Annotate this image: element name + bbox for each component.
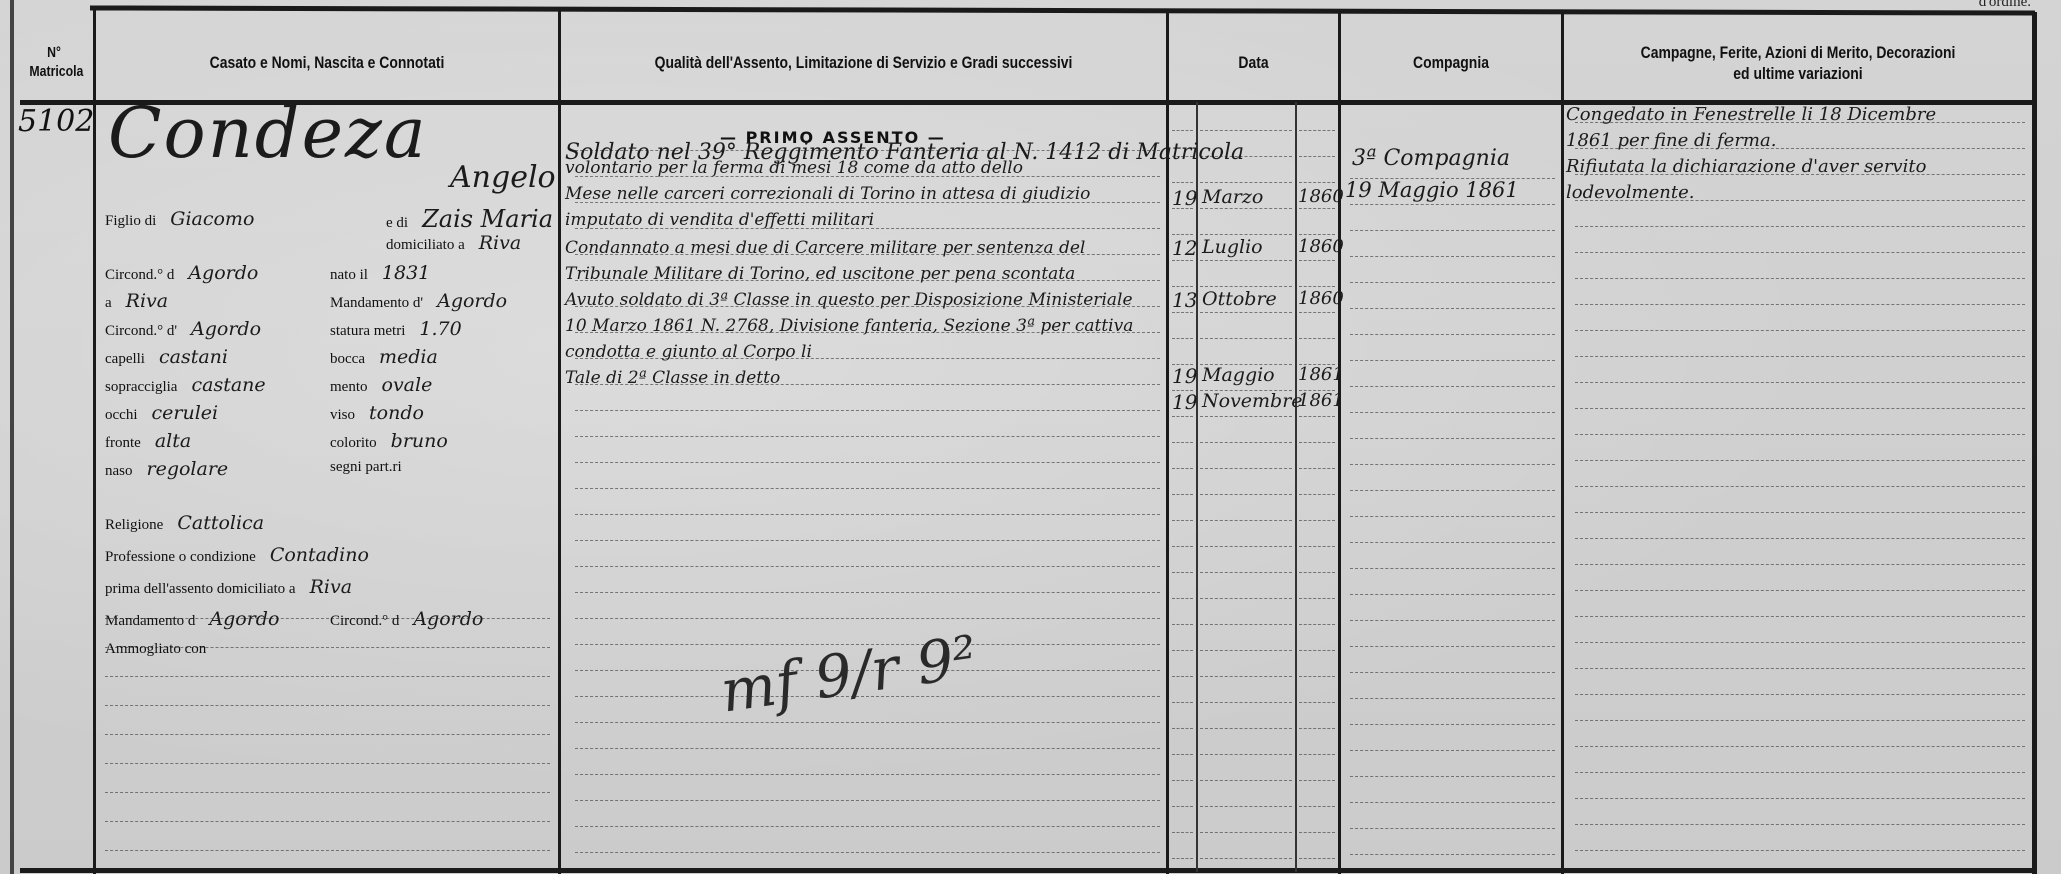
ruled-line xyxy=(1172,780,1193,782)
field-label: domiciliato a xyxy=(386,237,465,254)
ruled-line xyxy=(1172,754,1193,756)
ruled-line xyxy=(1350,542,1555,544)
ruled-line xyxy=(1200,208,1292,210)
ruled-line xyxy=(1172,598,1193,600)
ruled-line xyxy=(1350,256,1555,258)
col-divider-data xyxy=(1338,10,1341,874)
ruled-line xyxy=(1200,468,1292,470)
ruled-line xyxy=(575,540,1160,542)
ruled-line xyxy=(1575,772,2025,774)
qualita-line: Condannato a mesi due di Carcere militar… xyxy=(565,238,1085,258)
qualita-line: Tribunale Militare di Torino, ed usciton… xyxy=(565,264,1075,284)
personal-field: nasoregolare xyxy=(105,458,228,480)
ruled-line xyxy=(105,821,550,823)
ruled-line xyxy=(1350,230,1555,232)
ruled-line xyxy=(1299,572,1335,574)
ruled-line xyxy=(1200,832,1292,834)
ruled-line xyxy=(1350,646,1555,648)
date-year: 1860 xyxy=(1298,288,1344,309)
date-day: 19 xyxy=(1172,364,1197,388)
ruled-line xyxy=(1200,676,1292,678)
date-day: 19 xyxy=(1172,390,1197,414)
col-divider-matricola xyxy=(93,10,96,874)
ruled-line xyxy=(1575,356,2025,358)
top-note: d'ordine. xyxy=(1979,0,2031,11)
ruled-line xyxy=(105,850,550,852)
personal-field: segni part.ri xyxy=(330,458,416,476)
ruled-line xyxy=(1575,616,2025,618)
field-label: naso xyxy=(105,463,133,480)
ruled-line xyxy=(1575,408,2025,410)
ruled-line xyxy=(1172,650,1193,652)
ruled-line xyxy=(575,852,1160,854)
ruled-line xyxy=(1172,416,1193,418)
compagnia-line-1: 3ª Compagnia xyxy=(1352,146,1510,171)
date-day: 13 xyxy=(1172,288,1197,312)
compagnia-line-2: 19 Maggio 1861 xyxy=(1345,178,1519,202)
personal-field: ReligioneCattolica xyxy=(105,512,264,534)
ruled-line xyxy=(1172,494,1193,496)
ruled-line xyxy=(1575,694,2025,696)
field-label: prima dell'assento domiciliato a xyxy=(105,581,296,598)
date-day: 19 xyxy=(1172,186,1197,210)
ruled-line xyxy=(1200,780,1292,782)
ruled-line xyxy=(105,734,550,736)
ruled-line xyxy=(1575,720,2025,722)
ruled-line xyxy=(1350,594,1555,596)
field-label: occhi xyxy=(105,407,137,424)
ruled-line xyxy=(1299,442,1335,444)
date-month: Luglio xyxy=(1202,236,1263,258)
field-value: Cattolica xyxy=(177,512,264,534)
field-label: Figlio di xyxy=(105,213,156,230)
ruled-line xyxy=(1200,182,1292,184)
ruled-line xyxy=(105,792,550,794)
ruled-line xyxy=(1350,698,1555,700)
ruled-line xyxy=(1200,520,1292,522)
field-value: castane xyxy=(191,374,265,396)
field-value: ovale xyxy=(382,374,433,396)
ruled-line xyxy=(1172,624,1193,626)
ruled-line xyxy=(105,763,550,765)
ruled-line xyxy=(1200,130,1292,132)
ruled-line xyxy=(1575,746,2025,748)
ruled-line xyxy=(1575,668,2025,670)
ruled-line xyxy=(575,800,1160,802)
first-name: Angelo xyxy=(450,160,556,195)
ruled-line xyxy=(1350,386,1555,388)
campagne-line: 1861 per fine di ferma. xyxy=(1566,130,1776,151)
field-value: media xyxy=(379,346,438,368)
personal-field: Professione o condizioneContadino xyxy=(105,544,369,566)
personal-field: Circond.° dAgordo xyxy=(330,608,483,630)
ruled-line xyxy=(1350,516,1555,518)
ruled-line xyxy=(1575,798,2025,800)
field-value: Contadino xyxy=(270,544,369,566)
personal-field: statura metri1.70 xyxy=(330,318,462,340)
ruled-line xyxy=(1200,702,1292,704)
ruled-line xyxy=(1172,130,1193,132)
ruled-line xyxy=(1350,204,1555,206)
ruled-line xyxy=(1350,490,1555,492)
field-value: Riva xyxy=(310,576,352,598)
ruled-line xyxy=(1200,650,1292,652)
ruled-line xyxy=(1350,854,1555,856)
campagne-line: Congedato in Fenestrelle li 18 Dicembre xyxy=(1566,104,1936,125)
ruled-line xyxy=(1350,828,1555,830)
ruled-line xyxy=(1575,486,2025,488)
ruled-line xyxy=(1299,702,1335,704)
ruled-line xyxy=(1200,494,1292,496)
field-label: Ammogliato con xyxy=(105,641,206,658)
personal-field: coloritobruno xyxy=(330,430,448,452)
field-value: Agordo xyxy=(209,608,279,630)
field-value: Giacomo xyxy=(170,208,254,230)
ruled-line xyxy=(1575,434,2025,436)
qualita-line: Mese nelle carceri correzionali di Torin… xyxy=(565,184,1090,204)
ruled-line xyxy=(1172,546,1193,548)
ruled-line xyxy=(1575,512,2025,514)
ruled-line xyxy=(1299,780,1335,782)
col-divider-compagnia xyxy=(1561,10,1564,874)
personal-field: domiciliato aRiva xyxy=(386,232,521,254)
ruled-line xyxy=(1575,590,2025,592)
ruled-line xyxy=(1575,304,2025,306)
personal-field: capellicastani xyxy=(105,346,228,368)
ruled-line xyxy=(1350,308,1555,310)
ruled-line xyxy=(105,705,550,707)
date-year: 1861 xyxy=(1298,364,1344,385)
col-divider-data-day xyxy=(1196,102,1198,872)
ruled-line xyxy=(575,618,1160,620)
personal-field: Figlio diGiacomo xyxy=(105,208,254,230)
ruled-line xyxy=(1350,672,1555,674)
field-value: Riva xyxy=(126,290,168,312)
bottom-border xyxy=(20,868,2035,873)
ruled-line xyxy=(1200,572,1292,574)
ruled-line xyxy=(1299,130,1335,132)
field-label: mento xyxy=(330,379,368,396)
ruled-line xyxy=(1172,260,1193,262)
ruled-line xyxy=(1299,468,1335,470)
header-campagne: Campagne, Ferite, Azioni di Merito, Deco… xyxy=(1606,22,1990,104)
field-label: Mandamento d' xyxy=(330,295,423,312)
field-value: regolare xyxy=(147,458,229,480)
header-compagnia: Compagnia xyxy=(1361,22,1541,104)
ruled-line xyxy=(1575,850,2025,852)
header-matricola: N° Matricola xyxy=(21,22,87,104)
ruled-line xyxy=(575,462,1160,464)
personal-field: e diZais Maria xyxy=(386,205,553,233)
ruled-line xyxy=(1200,806,1292,808)
ruled-line xyxy=(1350,568,1555,570)
col-divider-casato xyxy=(558,10,561,874)
ruled-line xyxy=(1200,728,1292,730)
field-label: colorito xyxy=(330,435,377,452)
field-value: alta xyxy=(155,430,191,452)
ruled-line xyxy=(1350,776,1555,778)
ruled-line xyxy=(1172,858,1193,860)
ruled-line xyxy=(1299,598,1335,600)
date-year: 1860 xyxy=(1298,236,1344,257)
field-value: bruno xyxy=(391,430,448,452)
ruled-line xyxy=(575,410,1160,412)
field-label: Mandamento d xyxy=(105,613,195,630)
ruled-line xyxy=(1299,208,1335,210)
ruled-line xyxy=(1299,520,1335,522)
ruled-line xyxy=(1200,338,1292,340)
date-month: Novembre xyxy=(1202,390,1303,412)
ruled-line xyxy=(1350,282,1555,284)
date-day: 12 xyxy=(1172,236,1197,260)
personal-field: frontealta xyxy=(105,430,191,452)
ruled-line xyxy=(1200,416,1292,418)
qualita-line: Avuto soldato di 3ª Classe in questo per… xyxy=(565,290,1133,310)
personal-field: visotondo xyxy=(330,402,424,424)
ruled-line xyxy=(1299,832,1335,834)
field-value: Riva xyxy=(479,232,521,254)
field-label: segni part.ri xyxy=(330,459,402,476)
field-label: e di xyxy=(386,215,408,232)
field-label: Religione xyxy=(105,517,163,534)
field-label: bocca xyxy=(330,351,365,368)
ruled-line xyxy=(575,722,1160,724)
ruled-line xyxy=(1172,312,1193,314)
ruled-line xyxy=(1299,858,1335,860)
personal-field: Mandamento dAgordo xyxy=(105,608,279,630)
field-label: Circond.° d' xyxy=(105,323,177,340)
ruled-line xyxy=(1299,182,1335,184)
ruled-line xyxy=(1299,806,1335,808)
ruled-line xyxy=(1200,312,1292,314)
qualita-line: Tale di 2ª Classe in detto xyxy=(565,368,780,388)
ruled-line xyxy=(1575,824,2025,826)
field-label: capelli xyxy=(105,351,145,368)
ruled-line xyxy=(1299,624,1335,626)
ruled-line xyxy=(1575,278,2025,280)
field-value: castani xyxy=(159,346,228,368)
ruled-line xyxy=(575,436,1160,438)
qualita-line: condotta e giunto al Corpo li xyxy=(565,342,812,362)
ruled-line xyxy=(1350,750,1555,752)
ruled-line xyxy=(1350,620,1555,622)
qualita-line: 10 Marzo 1861 N. 2768, Divisione fanteri… xyxy=(565,316,1133,336)
ruled-line xyxy=(575,514,1160,516)
ruled-line xyxy=(105,676,550,678)
ruled-line xyxy=(1200,442,1292,444)
ruled-line xyxy=(1172,468,1193,470)
personal-field: prima dell'assento domiciliato aRiva xyxy=(105,576,352,598)
field-label: statura metri xyxy=(330,323,405,340)
header-data: Data xyxy=(1184,22,1323,104)
field-value: Agordo xyxy=(188,262,258,284)
header-qualita: Qualità dell'Assento, Limitazione di Ser… xyxy=(615,22,1111,104)
ruled-line xyxy=(1350,438,1555,440)
ruled-line xyxy=(1172,832,1193,834)
ruled-line xyxy=(575,748,1160,750)
ruled-line xyxy=(575,566,1160,568)
field-label: Circond.° d xyxy=(105,267,174,284)
field-value: 1831 xyxy=(382,262,430,284)
top-border xyxy=(90,5,2035,15)
field-value: tondo xyxy=(369,402,424,424)
ruled-line xyxy=(1299,416,1335,418)
ruled-line xyxy=(575,826,1160,828)
ruled-line xyxy=(1299,156,1335,158)
ruled-line xyxy=(1299,754,1335,756)
ruled-line xyxy=(1575,252,2025,254)
ruled-line xyxy=(1575,226,2025,228)
field-label: nato il xyxy=(330,267,368,284)
field-value: Zais Maria xyxy=(422,205,553,233)
ruled-line xyxy=(1575,382,2025,384)
personal-field: Ammogliato con xyxy=(105,640,220,658)
ruled-line xyxy=(1575,330,2025,332)
field-label: sopracciglia xyxy=(105,379,177,396)
surname: Condeza xyxy=(108,92,428,174)
date-month: Marzo xyxy=(1202,186,1263,208)
ruled-line xyxy=(1299,494,1335,496)
field-value: cerulei xyxy=(151,402,218,424)
ruled-line xyxy=(1172,442,1193,444)
field-label: fronte xyxy=(105,435,141,452)
ruled-line xyxy=(1172,702,1193,704)
col-divider-data-year xyxy=(1295,102,1297,872)
personal-field: occhicerulei xyxy=(105,402,218,424)
ruled-line xyxy=(1172,728,1193,730)
field-label: viso xyxy=(330,407,355,424)
ruled-line xyxy=(1299,676,1335,678)
field-label: a xyxy=(105,295,112,312)
personal-field: Circond.° dAgordo xyxy=(105,262,258,284)
qualita-line: volontario per la ferma di mesi 18 come … xyxy=(565,158,1023,178)
ruled-line xyxy=(1299,546,1335,548)
ruled-line xyxy=(1575,564,2025,566)
personal-field: sopraccigliacastane xyxy=(105,374,266,396)
ruled-line xyxy=(1350,412,1555,414)
ruled-line xyxy=(1299,728,1335,730)
ruled-line xyxy=(1172,676,1193,678)
right-border xyxy=(2032,12,2037,874)
ruled-line xyxy=(1200,858,1292,860)
date-year: 1860 xyxy=(1298,186,1344,207)
ruled-line xyxy=(1200,624,1292,626)
ruled-line xyxy=(1350,802,1555,804)
annotation: mf 9/r 9² xyxy=(717,622,982,725)
ruled-line xyxy=(1575,460,2025,462)
ruled-line xyxy=(1200,598,1292,600)
ruled-line xyxy=(1575,642,2025,644)
date-month: Maggio xyxy=(1202,364,1275,386)
ruled-line xyxy=(575,592,1160,594)
ruled-line xyxy=(1350,464,1555,466)
ruled-line xyxy=(1299,312,1335,314)
date-year: 1861 xyxy=(1298,390,1344,411)
ruled-line xyxy=(1172,806,1193,808)
personal-field: nato il1831 xyxy=(330,262,430,284)
ruled-line xyxy=(1299,260,1335,262)
left-margin-border xyxy=(10,0,14,874)
ruled-line xyxy=(575,488,1160,490)
ruled-line xyxy=(1299,650,1335,652)
ruled-line xyxy=(1575,538,2025,540)
field-label: Circond.° d xyxy=(330,613,399,630)
personal-field: Circond.° d'Agordo xyxy=(105,318,261,340)
field-value: 1.70 xyxy=(419,318,461,340)
field-value: Agordo xyxy=(191,318,261,340)
field-value: Agordo xyxy=(413,608,483,630)
qualita-line: imputato di vendita d'effetti militari xyxy=(565,210,874,230)
field-value: Agordo xyxy=(437,290,507,312)
date-month: Ottobre xyxy=(1202,288,1277,310)
ruled-line xyxy=(1350,724,1555,726)
ruled-line xyxy=(575,774,1160,776)
ruled-line xyxy=(1172,572,1193,574)
ruled-line xyxy=(1172,520,1193,522)
personal-field: Mandamento d'Agordo xyxy=(330,290,507,312)
campagne-line: Rifiutata la dichiarazione d'aver servit… xyxy=(1566,156,1926,177)
personal-field: aRiva xyxy=(105,290,168,312)
ruled-line xyxy=(1200,260,1292,262)
personal-field: mentoovale xyxy=(330,374,432,396)
campagne-line: lodevolmente. xyxy=(1566,182,1694,203)
ruled-line xyxy=(1172,182,1193,184)
personal-field: boccamedia xyxy=(330,346,438,368)
register-page: d'ordine. N° Matricola Casato e Nomi, Na… xyxy=(0,0,2061,874)
ruled-line xyxy=(1172,338,1193,340)
matricola-number: 5102 xyxy=(18,104,94,139)
ruled-line xyxy=(1350,360,1555,362)
field-label: Professione o condizione xyxy=(105,549,256,566)
ruled-line xyxy=(1200,546,1292,548)
ruled-line xyxy=(1299,338,1335,340)
ruled-line xyxy=(1200,754,1292,756)
ruled-line xyxy=(1350,334,1555,336)
